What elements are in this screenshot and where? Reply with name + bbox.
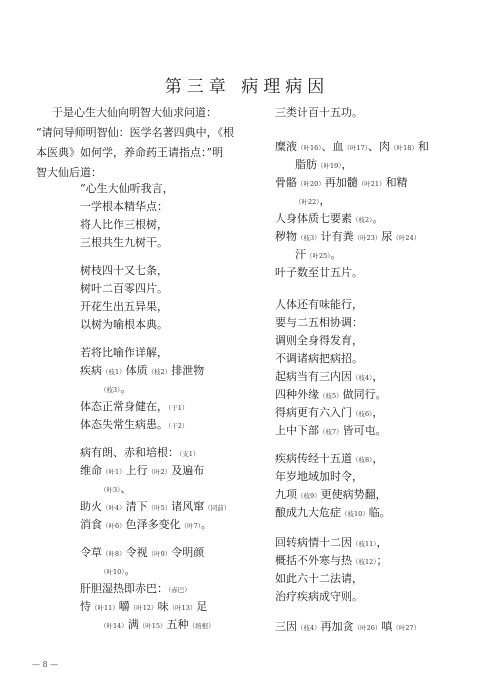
text-line: 要与二五相协调： <box>275 316 363 330</box>
verse-text: 清下 <box>126 500 148 513</box>
verse-text: 病有朗、赤和培根： <box>80 446 179 459</box>
verse-text: ， <box>372 370 383 383</box>
text-line: 起病当有三内因（枝4）， <box>275 370 383 385</box>
text-line: “心生大仙听我言， <box>80 182 174 196</box>
text-line: 四种外缘（枝5）做同行。 <box>275 388 387 403</box>
annotation-note: （枝3） <box>297 234 321 242</box>
verse-text: 更使病势翻， <box>321 488 387 501</box>
annotation-note: （叶23） <box>354 234 382 242</box>
annotation-note: （枝1） <box>102 368 126 376</box>
verse-text: ， <box>377 536 388 549</box>
annotation-note: （叶3） <box>100 486 120 494</box>
annotation-note: （叶7） <box>181 522 201 530</box>
verse-text: 令草 <box>80 546 102 559</box>
text-line: 恃（叶11）嚼（叶12）味（叶13）足 <box>80 600 207 615</box>
verse-text: 上行 <box>126 464 148 477</box>
text-line: 病有朗、赤和培根：（支1） <box>80 446 199 461</box>
verse-text: 诸风窜 <box>171 500 204 513</box>
annotation-note: （枝6） <box>352 410 372 418</box>
text-line: 回转病情十二因（枝11）， <box>275 536 388 551</box>
annotation-note: （同前） <box>204 504 230 512</box>
text-line: 汗（叶25）。 <box>295 248 342 263</box>
annotation-note: （枝5） <box>319 392 343 400</box>
text-line: 年岁地域加时令， <box>275 470 363 484</box>
page-number: — 8 — <box>32 660 58 669</box>
annotation-note: （枝4） <box>297 624 321 632</box>
text-line: （叶10）。 <box>100 564 136 579</box>
verse-text: 疾病 <box>80 364 102 377</box>
annotation-note: （叶17） <box>344 144 369 152</box>
verse-text: 五种 <box>167 618 189 631</box>
annotation-note: （赤巴） <box>168 586 191 594</box>
verse-text: 味 <box>158 600 169 613</box>
text-line: （叶22）， <box>295 194 331 209</box>
text-line: 助火（叶4）清下（叶5）诸风窜（同前） <box>80 500 230 515</box>
text-line: 糜液（叶16）、血（叶17）、肉（叶18）和 <box>275 140 429 155</box>
annotation-note: （培根） <box>189 622 215 630</box>
verse-text: 回转病情十二因 <box>275 536 352 549</box>
annotation-note: （叶25） <box>306 252 331 260</box>
verse-text: 起病当有三内因 <box>275 370 352 383</box>
verse-text: 再加髓 <box>325 176 358 189</box>
verse-text: 嚼 <box>119 600 130 613</box>
verse-text: 体态正常身健在， <box>80 400 168 413</box>
annotation-note: （叶1） <box>102 468 126 476</box>
verse-text: 得病更有六入门 <box>275 406 352 419</box>
verse-text: 再加贪 <box>321 620 354 633</box>
text-line: 三类计百十五功。 <box>275 106 363 120</box>
text-line: 酿成九大危症（枝10）临。 <box>275 506 391 521</box>
annotation-note: （叶19） <box>317 162 342 170</box>
text-line: 疾病传经十五道（枝8）， <box>275 452 383 467</box>
verse-text: 嗔 <box>381 620 392 633</box>
text-line: 概括不外寒与热（枝12）； <box>275 554 388 569</box>
verse-text: 计有粪 <box>321 230 354 243</box>
text-line: 体态正常身健在，（干1） <box>80 400 188 415</box>
verse-text: 、 <box>120 482 131 495</box>
annotation-note: （叶22） <box>295 198 320 206</box>
text-line: 若将比喻作详解， <box>80 346 168 360</box>
annotation-note: （叶13） <box>169 604 197 612</box>
text-line: 于是心生大仙向明智大仙求问道： <box>52 106 217 120</box>
verse-text: 做同行。 <box>343 388 387 401</box>
annotation-note: （叶8） <box>102 550 126 558</box>
text-line: 三根共生九树干。 <box>80 236 168 250</box>
verse-text: 临。 <box>369 506 391 519</box>
text-line: 得病更有六入门（枝6）， <box>275 406 383 421</box>
text-line: 人身体质七要素（枝2）。 <box>275 212 383 227</box>
text-line: 调则全身得发育， <box>275 334 363 348</box>
annotation-note: （叶5） <box>148 504 172 512</box>
annotation-note: （干2） <box>168 422 188 430</box>
text-line: 秽物（枝3）计有粪（叶23）尿（叶24） <box>275 230 420 245</box>
text-line: 九项（枝9）更使病势翻， <box>275 488 387 503</box>
verse-text: ， <box>342 158 353 171</box>
annotation-note: （枝12） <box>352 558 377 566</box>
verse-text: 消食 <box>80 518 102 531</box>
text-line: 骨骼（叶20）再加髓（叶21）和精 <box>275 176 408 191</box>
verse-text: 四种外缘 <box>275 388 319 401</box>
text-line: 人体还有味能行， <box>275 298 363 312</box>
annotation-note: （叶16） <box>297 144 322 152</box>
verse-text: 排泄物 <box>171 364 204 377</box>
verse-text: ； <box>377 554 388 567</box>
annotation-note: （叶26） <box>354 624 382 632</box>
verse-text: 上中下部 <box>275 424 319 437</box>
verse-text: 糜液 <box>275 140 297 153</box>
text-line: 智大仙后道： <box>36 166 102 180</box>
verse-text: 。 <box>372 212 383 225</box>
text-line: 本医典》如何学，养命药王请指点：”明 <box>36 146 223 160</box>
verse-text: 三因 <box>275 620 297 633</box>
annotation-note: （叶20） <box>297 180 325 188</box>
verse-text: 。 <box>120 382 131 395</box>
annotation-note: （支1） <box>179 450 199 458</box>
verse-text: 九项 <box>275 488 297 501</box>
verse-text: 肝胆湿热即赤巴： <box>80 582 168 595</box>
verse-text: 。 <box>125 564 136 577</box>
annotation-note: （叶14） <box>100 622 128 630</box>
text-line: 树枝四十又七条， <box>80 264 168 278</box>
annotation-note: （叶10） <box>100 568 125 576</box>
verse-text: 令明颜 <box>171 546 204 559</box>
text-line: 治疗疾病成守则。 <box>275 590 363 604</box>
text-line: 肝胆湿热即赤巴：（赤巴） <box>80 582 191 597</box>
verse-text: 足 <box>196 600 207 613</box>
annotation-note: （枝2） <box>352 216 372 224</box>
verse-text: 助火 <box>80 500 102 513</box>
verse-text: 维命 <box>80 464 102 477</box>
annotation-note: （枝4） <box>352 374 372 382</box>
annotation-note: （枝9） <box>297 492 321 500</box>
text-line: 叶子数至廿五片。 <box>275 266 363 280</box>
text-line: 一学根本精华点： <box>80 200 168 214</box>
text-line: 脂肪（叶19）， <box>295 158 353 173</box>
text-line: 上中下部（枝7）皆可屯。 <box>275 424 387 439</box>
text-line: 开花生出五异果， <box>80 300 168 314</box>
verse-text: 体态失常生病患。 <box>80 418 168 431</box>
verse-text: 脂肪 <box>295 158 317 171</box>
verse-text: 和精 <box>386 176 408 189</box>
verse-text: ， <box>372 406 383 419</box>
annotation-note: （叶6） <box>102 522 126 530</box>
annotation-note: （枝2） <box>148 368 172 376</box>
annotation-note: （叶9） <box>148 550 172 558</box>
verse-text: 及遍布 <box>171 464 204 477</box>
verse-text: 体质 <box>126 364 148 377</box>
text-line: （叶3）、 <box>100 482 131 497</box>
text-line: 如此六十二法请， <box>275 572 363 586</box>
chapter-title: 第三章 病理病因 <box>0 72 494 97</box>
text-line: 三因（枝4）再加贪（叶26）嗔（叶27） <box>275 620 420 635</box>
text-line: 令草（叶8）令视（叶9）令明颜 <box>80 546 204 561</box>
verse-text: 和 <box>418 140 429 153</box>
verse-text: 。 <box>201 518 212 531</box>
verse-text: 皆可屯。 <box>343 424 387 437</box>
text-line: 维命（叶1）上行（叶2）及遍布 <box>80 464 204 479</box>
verse-text: 秽物 <box>275 230 297 243</box>
text-line: （叶14）满（叶15）五种（培根） <box>100 618 215 633</box>
annotation-note: （叶27） <box>392 624 420 632</box>
text-line: 将人比作三根树， <box>80 218 168 232</box>
verse-text: 。 <box>331 248 342 261</box>
annotation-note: （叶24） <box>392 234 420 242</box>
annotation-note: （叶21） <box>358 180 386 188</box>
verse-text: 疾病传经十五道 <box>275 452 352 465</box>
verse-text: 汗 <box>295 248 306 261</box>
verse-text: 酿成九大危症 <box>275 506 341 519</box>
verse-text: 概括不外寒与热 <box>275 554 352 567</box>
text-line: 体态失常生病患。（干2） <box>80 418 188 433</box>
verse-text: ， <box>320 194 331 207</box>
annotation-note: （干1） <box>168 404 188 412</box>
annotation-note: （叶15） <box>139 622 167 630</box>
text-line: 树叶二百零四片。 <box>80 282 168 296</box>
verse-text: 、血 <box>322 140 344 153</box>
verse-text: 人身体质七要素 <box>275 212 352 225</box>
text-line: “请问导师明智仙：医学名著四典中，《根 <box>36 126 234 140</box>
verse-text: ， <box>372 452 383 465</box>
verse-text: 恃 <box>80 600 91 613</box>
text-line: 疾病（枝1）体质（枝2）排泄物 <box>80 364 204 379</box>
text-line: （枝3）。 <box>100 382 131 397</box>
annotation-note: （叶2） <box>148 468 172 476</box>
annotation-note: （叶4） <box>102 504 126 512</box>
verse-text: 令视 <box>126 546 148 559</box>
verse-text: 骨骼 <box>275 176 297 189</box>
verse-text: 尿 <box>381 230 392 243</box>
text-line: 消食（叶6）色泽多变化（叶7）。 <box>80 518 212 533</box>
annotation-note: （枝7） <box>319 428 343 436</box>
verse-text: 色泽多变化 <box>126 518 181 531</box>
text-line: 不调诸病把病招。 <box>275 352 363 366</box>
annotation-note: （叶11） <box>91 604 119 612</box>
annotation-note: （枝3） <box>100 386 120 394</box>
verse-text: 满 <box>128 618 139 631</box>
verse-text: 、肉 <box>368 140 390 153</box>
text-line: 以树为喻根本典。 <box>80 318 168 332</box>
annotation-note: （枝8） <box>352 456 372 464</box>
annotation-note: （枝10） <box>341 510 369 518</box>
annotation-note: （叶12） <box>130 604 158 612</box>
annotation-note: （枝11） <box>352 540 377 548</box>
annotation-note: （叶18） <box>390 144 418 152</box>
